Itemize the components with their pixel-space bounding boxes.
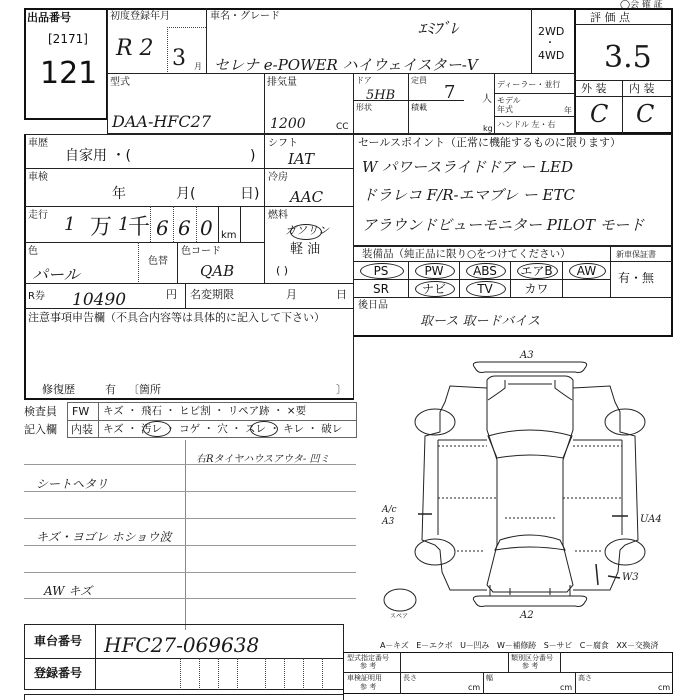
first-reg-month: 3 xyxy=(172,46,186,71)
mileage-digit-10: 6 xyxy=(178,216,191,240)
mileage-digit-100: 6 xyxy=(156,216,169,240)
dealer-label: ディーラー・並行 xyxy=(497,80,560,89)
color-code-label: 色コード xyxy=(181,246,221,257)
name-change-label: 名変期限 xyxy=(190,289,234,300)
length-unit: cm xyxy=(468,683,480,692)
exterior-grade: C xyxy=(590,100,608,128)
equipment-circle xyxy=(466,263,506,279)
fuel-light-oil: 軽 油 xyxy=(290,243,320,257)
vehicle-cert-label: 車検証明用 xyxy=(347,674,382,682)
recycle-label: R券 xyxy=(28,291,45,302)
equipment-item: カワ xyxy=(511,282,562,296)
lot-code: [2171] xyxy=(48,34,88,45)
load-unit: kg xyxy=(483,124,493,133)
ac-value: AAC xyxy=(290,188,323,206)
remark-left-3: AW キズ xyxy=(44,582,92,599)
height-unit: cm xyxy=(658,683,670,692)
shaken-day: 日) xyxy=(240,186,259,202)
exterior-label: 外 装 xyxy=(581,83,607,94)
equipment-circle xyxy=(569,263,606,279)
year-unit: 年 xyxy=(564,106,572,115)
damage-legend: A－キズ E－エクボ U－凹み W－補修跡 S－サビ C－腐食 XX－交換済 xyxy=(380,640,658,651)
vehicle-cert-ref: 参 考 xyxy=(360,683,376,691)
first-reg-era: R 2 xyxy=(116,36,154,61)
shift-label: シフト xyxy=(268,138,298,149)
cc-unit: CC xyxy=(336,122,349,133)
fw-items: キズ ・ 飛石 ・ ヒビ割 ・ リペア跡 ・ ×要 xyxy=(103,406,306,417)
inspector-label-1: 検査員 xyxy=(24,406,57,417)
remark-left-2: キズ・ヨゴレ ホショウ波 xyxy=(36,528,171,545)
interior-label: 内 装 xyxy=(629,83,655,94)
displacement-label: 排気量 xyxy=(267,77,297,88)
equipment-item: SR xyxy=(354,282,408,296)
remark-left-1: シートヘタリ xyxy=(36,475,108,492)
model-year-label: モデル年式 xyxy=(497,96,527,114)
usage-close: ) xyxy=(250,148,255,164)
door-label: ドア xyxy=(356,76,372,85)
score-value: 3.5 xyxy=(604,40,652,75)
usage-label: 車歴 xyxy=(28,138,48,149)
fuel-paren: ( ) xyxy=(276,265,288,276)
car-damage-diagram xyxy=(360,340,700,620)
name-change-month: 月 xyxy=(286,289,297,300)
equipment-circle xyxy=(415,263,455,279)
type-no-ref: 参 考 xyxy=(360,662,376,670)
mark-rear: A2 xyxy=(520,610,534,621)
capacity-value: 7 xyxy=(444,82,455,103)
repair-has: 有 xyxy=(105,384,116,395)
repair-close: 〕 xyxy=(336,384,347,395)
fuel-label: 燃料 xyxy=(268,210,288,221)
type-no-label: 型式指定番号 xyxy=(347,654,389,662)
lot-label: 出品番号 xyxy=(27,12,71,23)
spare-label: スペア xyxy=(390,612,408,621)
sales-line-1: W パワースライドドア ー LED xyxy=(362,156,573,177)
car-name-label: 車名・グレード xyxy=(210,11,280,22)
notes-label: 注意事項申告欄（不具合内容等は具体的に記入して下さい） xyxy=(28,312,325,323)
handle-label: ハンドル 左・右 xyxy=(497,120,556,129)
inspector-label-2: 記入欄 xyxy=(24,424,57,435)
capacity-label: 定員 xyxy=(411,76,427,85)
lot-number: 121 xyxy=(40,58,97,90)
mark-right-rear: W3 xyxy=(622,572,639,583)
drive-dot: ・ xyxy=(545,38,555,49)
class-no-ref: 参 考 xyxy=(522,662,538,670)
displacement-value: 1200 xyxy=(270,116,306,132)
aftermarket-value: 取ース 取ードバイス xyxy=(420,310,540,329)
interior-insp-label: 内装 xyxy=(71,424,93,435)
equipment-circle xyxy=(415,281,455,297)
month-unit: 月 xyxy=(194,62,202,71)
capacity-unit: 人 xyxy=(482,94,492,105)
model-value: DAA-HFC27 xyxy=(112,112,211,131)
shift-value: IAT xyxy=(288,150,314,168)
mark-front: A3 xyxy=(520,350,534,361)
sales-line-2: ドラレコ F/R-エマブレ ー ETC xyxy=(362,184,575,205)
car-name-upper: ｴﾐﾌﾞﾚ xyxy=(418,16,458,39)
equipment-circle xyxy=(517,263,558,279)
first-reg-label: 初度登録年月 xyxy=(110,11,170,22)
interior-grade: C xyxy=(636,100,654,128)
interior-items: キズ ・ 汚レ ・ コゲ ・ 穴 ・ スレ ・ キレ ・ 破レ xyxy=(103,424,342,435)
registration-label: 登録番号 xyxy=(34,668,82,679)
color-change-label: 色替 xyxy=(148,256,168,267)
mileage-sen: 千 xyxy=(128,210,150,241)
sales-line-3: アラウンドビューモニター PILOT モード xyxy=(362,214,644,235)
drive-2wd: 2WD xyxy=(538,26,564,37)
warranty-label: 新車保証書 xyxy=(616,250,656,259)
height-label: 高さ xyxy=(578,674,592,683)
car-name: セレナ e-POWER ハイウェイスター-V xyxy=(214,54,478,75)
usage-value: 自家用 ・( xyxy=(65,148,131,164)
yen-unit: 円 xyxy=(166,289,177,300)
mileage-label: 走行 xyxy=(28,210,48,221)
shaken-label: 車検 xyxy=(28,172,48,183)
aftermarket-label: 後日品 xyxy=(358,300,388,311)
mileage-digit-1: 0 xyxy=(200,216,213,240)
mileage-man: 万 xyxy=(90,210,112,241)
equipment-label: 装備品（純正品に限り○をつけてください） xyxy=(362,249,571,260)
width-unit: cm xyxy=(560,683,572,692)
mileage-value-10k: 1 xyxy=(64,214,75,235)
load-label: 積載 xyxy=(411,103,427,112)
chassis-label: 車台番号 xyxy=(34,636,82,647)
mark-right: UA4 xyxy=(640,514,662,525)
stain-circle xyxy=(143,421,171,437)
color-label: 色 xyxy=(28,246,38,257)
warranty-value: 有・無 xyxy=(618,273,654,284)
drive-4wd: 4WD xyxy=(538,50,564,61)
color-value: パール xyxy=(32,262,80,285)
repair-location: 〔箇所 xyxy=(128,384,161,395)
shape-label: 形状 xyxy=(356,103,372,112)
bottom-strip xyxy=(24,694,344,700)
sales-label: セールスポイント（正常に機能するものに限ります） xyxy=(358,137,621,148)
model-label: 型式 xyxy=(110,77,130,88)
scuff-circle xyxy=(250,421,278,437)
mileage-unit: km xyxy=(221,230,237,241)
remark-right-1: 右Rタイヤハウスアウタ- 凹ミ xyxy=(196,450,330,465)
color-code-value: QAB xyxy=(200,262,234,280)
shaken-year: 年 xyxy=(112,186,126,202)
width-label: 幅 xyxy=(486,674,493,683)
length-label: 長さ xyxy=(403,674,417,683)
score-label: 評 価 点 xyxy=(590,12,630,23)
mark-left: A/c A3 xyxy=(382,504,404,528)
shaken-month: 月( xyxy=(176,186,195,202)
equipment-circle xyxy=(466,281,506,297)
name-change-day: 日 xyxy=(336,289,347,300)
recycle-value: 10490 xyxy=(72,290,126,310)
class-no-label: 類別区分番号 xyxy=(511,654,553,662)
repair-label: 修復歴 xyxy=(42,384,75,395)
fuel-gasoline-circle xyxy=(290,224,322,240)
equipment-circle xyxy=(360,263,404,279)
fw-label: FW xyxy=(72,406,89,417)
chassis-number: HFC27-069638 xyxy=(104,633,259,657)
ac-label: 冷房 xyxy=(268,172,288,183)
